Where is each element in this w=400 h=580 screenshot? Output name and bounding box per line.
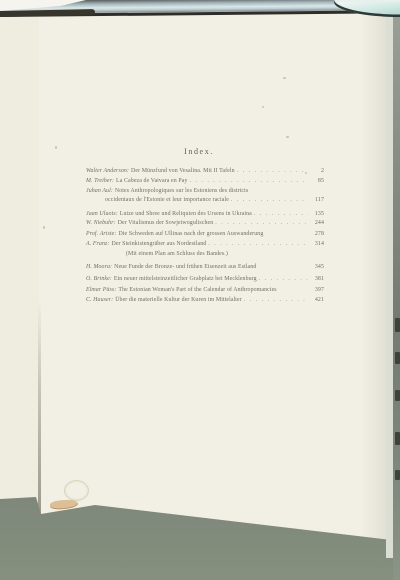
entry-title: Die Schweden auf Ullinas nach der grosse… [118, 231, 263, 237]
entry-page-number: 381 [310, 276, 324, 282]
dot-leader: . . . . . . . . . . . . . . . . . . . . … [254, 211, 308, 217]
entry-author: O. Brinke: [86, 276, 112, 282]
entry-page-number: 244 [310, 220, 324, 226]
dot-leader: . . . . . . . . . . . . . . . . . . . . … [215, 220, 308, 226]
entry-title: Notes Anthropologiques sur les Estoniens… [115, 188, 248, 194]
index-entry: M. Treiber:La Cabeza de Vaivara en Pay. … [86, 178, 324, 184]
index-heading: Index. [86, 147, 312, 156]
index-entry: H. Moora:Neue Funde der Bronze- und früh… [86, 264, 324, 270]
entry-author: Prof. Ariste: [86, 231, 116, 237]
entry-page-number: 2 [310, 168, 324, 174]
entry-author: A. Franz: [86, 241, 109, 247]
entry-author: W. Niebuhr: [86, 220, 116, 226]
index-entry: occidentaux de l'Estonie et leur importa… [86, 197, 324, 203]
entry-title: Neue Funde der Bronze- und frühen Eisenz… [114, 264, 256, 270]
index-entry: O. Brinke:Ein neuer mittelsteinzeitliche… [86, 276, 324, 282]
index-entry: W. Niebuhr:Der Vitalismus der Sowjetwogu… [86, 220, 324, 226]
index-entry: Jaan Uluots:Lutze und Shree und Reliquie… [86, 211, 324, 217]
index-entry: Juhan Aul:Notes Anthropologiques sur les… [86, 188, 324, 194]
entry-title: (Mit einem Plan am Schluss des Bandes.) [126, 251, 228, 257]
entry-title: La Cabeza de Vaivara en Pay [116, 178, 187, 184]
entry-page-number: 314 [310, 241, 324, 247]
entry-title: Der Vitalismus der Sowjetwogulischen [118, 220, 214, 226]
entry-page-number: 135 [310, 211, 324, 217]
entry-page-number: 421 [310, 297, 324, 303]
dot-leader: . . . . . . . . . . . . . . . . . . . . … [231, 197, 308, 203]
dot-leader: . . . . . . . . . . . . . . . . . . . . … [190, 178, 309, 184]
entry-author: H. Moora: [86, 264, 112, 270]
entry-page-number: 397 [310, 287, 324, 293]
entry-page-number: 85 [310, 178, 324, 184]
dot-leader: . . . . . . . . . . . . . . . . . . . . … [244, 297, 308, 303]
entry-page-number: 278 [310, 231, 324, 237]
scanned-book-page: Index. Walter Anderson:Der Münzfund von … [0, 0, 400, 580]
entry-author: C. Hauser: [86, 297, 113, 303]
entry-author: Jaan Uluots: [86, 211, 118, 217]
index-entry: (Mit einem Plan am Schluss des Bandes.) [86, 251, 324, 257]
entry-title: Lutze und Shree und Reliquien des Ursens… [120, 211, 252, 217]
entry-title: Der Steinkistengräber aus Nordestland [111, 241, 206, 247]
entry-page-number: 117 [310, 197, 324, 203]
index-entry: Walter Anderson:Der Münzfund von Vesalin… [86, 168, 324, 174]
dot-leader: . . . . . . . . . . . . . . . . . . . . … [237, 168, 308, 174]
entry-page-number: 345 [310, 264, 324, 270]
entry-author: M. Treiber: [86, 178, 114, 184]
entry-title: Über die materielle Kultur der Kuren im … [115, 297, 242, 303]
printed-index: Index. Walter Anderson:Der Münzfund von … [0, 0, 400, 580]
index-entry: C. Hauser:Über die materielle Kultur der… [86, 297, 324, 303]
entry-title: The Estonian Woman's Part of the Calenda… [118, 287, 276, 293]
entry-title: Ein neuer mittelsteinzeitlicher Grabplat… [114, 276, 257, 282]
dot-leader: . . . . . . . . . . . . . . . . . . . . … [259, 276, 308, 282]
index-entry: A. Franz:Der Steinkistengräber aus Norde… [86, 241, 324, 247]
entry-author: Juhan Aul: [86, 188, 113, 194]
dot-leader: . . . . . . . . . . . . . . . . . . . . … [208, 241, 308, 247]
entry-title: Der Münzfund von Vesalina. Mit II Tafeln [131, 168, 235, 174]
entry-title: occidentaux de l'Estonie et leur importa… [105, 197, 229, 203]
index-entry: Prof. Ariste:Die Schweden auf Ullinas na… [86, 231, 324, 237]
entry-author: Elmar Päss: [86, 287, 116, 293]
index-entry: Elmar Päss:The Estonian Woman's Part of … [86, 287, 324, 293]
entry-author: Walter Anderson: [86, 168, 129, 174]
